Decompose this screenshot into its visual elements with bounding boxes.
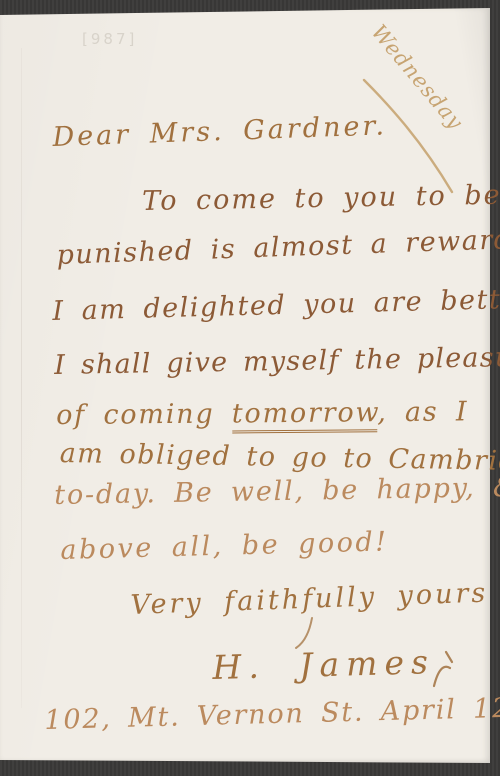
photo-background: [987] Wednesday Dear Mrs. Gardner. To co… bbox=[0, 0, 500, 776]
body-line-segment: , as I bbox=[377, 396, 468, 428]
pencil-catalog-annotation: [987] bbox=[82, 30, 137, 48]
body-line: of coming tomorrow, as I bbox=[56, 396, 468, 431]
paper-crease bbox=[21, 48, 22, 708]
underlined-word-tomorrow: tomorrow bbox=[232, 397, 378, 433]
body-line-segment: of coming bbox=[56, 398, 232, 431]
signature: H. James bbox=[212, 642, 435, 687]
body-line: To come to you to be bbox=[142, 180, 500, 217]
